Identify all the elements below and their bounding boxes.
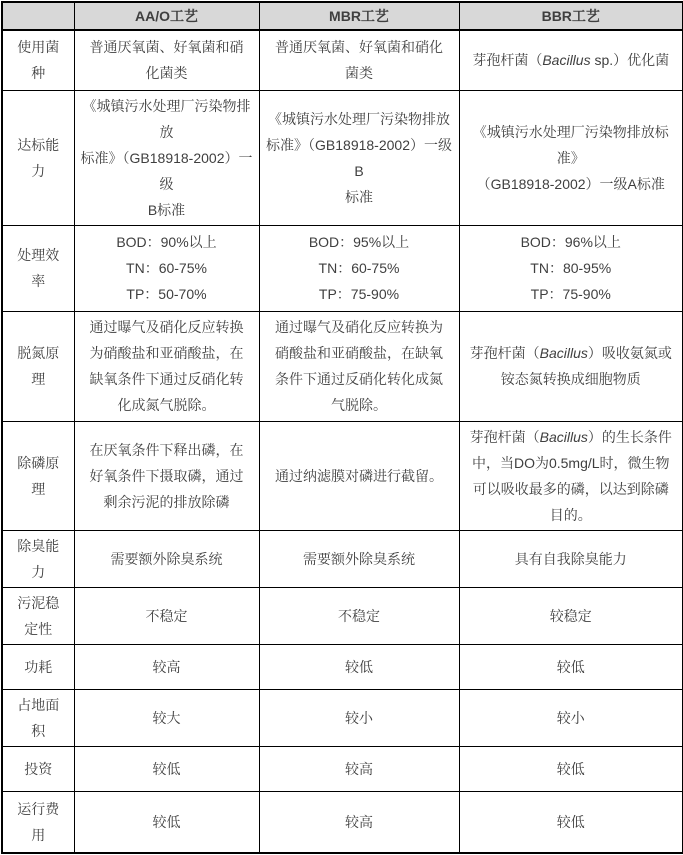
cell-text-line: 硝酸盐和亚硝酸盐，在缺氧 <box>264 340 455 366</box>
cell-text-segment: 处理效 <box>17 247 59 263</box>
cell-text-line: 通过曝气及硝化反应转换为 <box>264 314 455 340</box>
column-header-aao: AA/O工艺 <box>74 2 259 30</box>
body-cell: 芽孢杆菌（Bacillus）吸收氨氮或铵态氮转换成细胞物质 <box>459 311 683 421</box>
body-cell: 较低 <box>459 644 683 689</box>
table-header: AA/O工艺 MBR工艺 BBR工艺 <box>2 2 683 30</box>
body-cell: 不稳定 <box>74 587 259 644</box>
cell-text-segment: 力 <box>31 564 45 580</box>
cell-text-segment: 标准》（GB18918-2002）一级B <box>266 137 452 179</box>
cell-text-segment: 较低 <box>153 761 181 777</box>
cell-text-line: 《城镇污水处理厂污染物排放标准》 <box>464 119 679 171</box>
cell-text-segment: 较低 <box>557 659 585 675</box>
cell-text-line: 较高 <box>264 809 455 835</box>
cell-text-line: 种 <box>7 60 70 86</box>
row-label-cell: 功耗 <box>2 644 74 689</box>
row-label-cell: 使用菌种 <box>2 30 74 90</box>
cell-text-line: 菌类 <box>264 60 455 86</box>
cell-text-segment: 较高 <box>153 659 181 675</box>
body-cell: 通过纳滤膜对磷进行截留。 <box>259 421 459 530</box>
body-cell: 普通厌氧菌、好氧菌和硝化菌类 <box>259 30 459 90</box>
table-row: 运行费用较低较高较低 <box>2 791 683 853</box>
table-row: 脱氮原理通过曝气及硝化反应转换为硝酸盐和亚硝酸盐，在缺氧条件下通过反硝化转化成氮… <box>2 311 683 421</box>
cell-text-segment: 除磷原 <box>17 455 59 471</box>
body-cell: 需要额外除臭系统 <box>259 530 459 587</box>
cell-text-segment: 力 <box>31 163 45 179</box>
cell-text-line: 《城镇污水处理厂污染物排放 <box>79 93 255 145</box>
cell-text-line: BOD：96%以上 <box>464 229 679 255</box>
body-cell: BOD：90%以上TN：60-75%TP：50-70% <box>74 225 259 311</box>
cell-text-segment: 普通厌氧菌、好氧菌和硝 <box>90 39 244 55</box>
cell-text-segment: 运行费 <box>17 801 59 817</box>
table-row: 使用菌种普通厌氧菌、好氧菌和硝化菌类普通厌氧菌、好氧菌和硝化菌类芽孢杆菌（Bac… <box>2 30 683 90</box>
cell-text-line: 标准》（GB18918-2002）一级B <box>264 132 455 184</box>
row-label-cell: 运行费用 <box>2 791 74 853</box>
cell-text-segment: 好氧条件下摄取磷，通过 <box>90 468 244 484</box>
cell-text-line: 通过纳滤膜对磷进行截留。 <box>264 463 455 489</box>
cell-text-line: TN：60-75% <box>79 255 255 281</box>
cell-text-segment: TP：75-90% <box>531 286 611 302</box>
cell-text-line: 较高 <box>264 756 455 782</box>
cell-text-line: 缺氧条件下通过反硝化转 <box>79 366 255 392</box>
cell-text-segment: 不稳定 <box>338 608 380 624</box>
cell-text-segment: 气脱除。 <box>331 397 387 413</box>
cell-text-line: 铵态氮转换成细胞物质 <box>464 366 679 392</box>
body-cell: 《城镇污水处理厂污染物排放标准》（GB18918-2002）一级B标准 <box>74 90 259 225</box>
body-cell: BOD：95%以上TN：60-75%TP：75-90% <box>259 225 459 311</box>
cell-text-segment: 目的。 <box>550 507 592 523</box>
cell-text-line: 需要额外除臭系统 <box>79 546 255 572</box>
cell-text-segment: 较低 <box>153 814 181 830</box>
cell-text-segment: 污泥稳 <box>17 595 59 611</box>
corner-header-cell <box>2 2 74 30</box>
cell-text-segment: 化成氮气脱除。 <box>118 397 216 413</box>
cell-text-line: 普通厌氧菌、好氧菌和硝化 <box>264 34 455 60</box>
row-label-cell: 除磷原理 <box>2 421 74 530</box>
cell-text-line: 芽孢杆菌（Bacillus sp.）优化菌 <box>464 47 679 73</box>
body-cell: 芽孢杆菌（Bacillus sp.）优化菌 <box>459 30 683 90</box>
cell-text-line: 不稳定 <box>264 603 455 629</box>
cell-text-line: B标准 <box>79 197 255 223</box>
cell-text-line: 标准 <box>264 184 455 210</box>
cell-text-segment: 条件下通过反硝化转化成氮 <box>275 371 443 387</box>
body-cell: 通过曝气及硝化反应转换为硝酸盐和亚硝酸盐，在缺氧条件下通过反硝化转化成氮气脱除。 <box>74 311 259 421</box>
cell-text-segment: 较低 <box>345 659 373 675</box>
cell-text-segment: 普通厌氧菌、好氧菌和硝化 <box>275 39 443 55</box>
cell-text-line: 力 <box>7 559 70 585</box>
cell-text-segment: 定性 <box>24 621 52 637</box>
body-cell: 较低 <box>459 746 683 791</box>
cell-text-segment: 较低 <box>557 814 585 830</box>
body-cell: 较高 <box>74 644 259 689</box>
cell-text-line: 除磷原 <box>7 450 70 476</box>
cell-text-segment: 通过曝气及硝化反应转换 <box>90 319 244 335</box>
cell-text-line: 使用菌 <box>7 34 70 60</box>
cell-text-line: 投资 <box>7 756 70 782</box>
body-cell: 《城镇污水处理厂污染物排放标准》（GB18918-2002）一级A标准 <box>459 90 683 225</box>
cell-text-line: 脱氮原 <box>7 340 70 366</box>
cell-text-segment: 较低 <box>557 761 585 777</box>
cell-text-segment: 标准 <box>345 189 373 205</box>
cell-text-segment: BOD：90%以上 <box>116 234 216 250</box>
column-header-bbr: BBR工艺 <box>459 2 683 30</box>
cell-text-segment: BOD：96%以上 <box>521 234 621 250</box>
cell-text-segment: 为硝酸盐和亚硝酸盐，在 <box>90 345 244 361</box>
cell-text-segment: 理 <box>31 481 45 497</box>
cell-text-line: 芽孢杆菌（Bacillus）吸收氨氮或 <box>464 340 679 366</box>
cell-text-segment: 理 <box>31 371 45 387</box>
cell-text-line: 较低 <box>79 756 255 782</box>
cell-text-line: 《城镇污水处理厂污染物排放 <box>264 106 455 132</box>
body-cell: 较高 <box>259 746 459 791</box>
cell-text-segment: ）的生长条件 <box>588 429 672 445</box>
table-row: 处理效率BOD：90%以上TN：60-75%TP：50-70%BOD：95%以上… <box>2 225 683 311</box>
cell-text-segment: 铵态氮转换成细胞物质 <box>501 371 641 387</box>
header-row: AA/O工艺 MBR工艺 BBR工艺 <box>2 2 683 30</box>
cell-text-segment: 芽孢杆菌（ <box>470 345 540 361</box>
row-label-cell: 达标能力 <box>2 90 74 225</box>
body-cell: 较低 <box>259 644 459 689</box>
cell-text-line: 达标能 <box>7 132 70 158</box>
cell-text-segment: 通过曝气及硝化反应转换为 <box>275 319 443 335</box>
cell-text-segment: TN：80-95% <box>530 260 611 276</box>
cell-text-line: 用 <box>7 822 70 848</box>
cell-text-line: 不稳定 <box>79 603 255 629</box>
cell-text-segment: 在厌氧条件下释出磷，在 <box>90 442 244 458</box>
cell-text-segment: 率 <box>31 273 45 289</box>
cell-text-line: 较大 <box>79 705 255 731</box>
cell-text-line: 中，当DO为0.5mg/L时，微生物 <box>464 450 679 476</box>
table-row: 污泥稳定性不稳定不稳定较稳定 <box>2 587 683 644</box>
cell-text-line: BOD：95%以上 <box>264 229 455 255</box>
cell-text-line: 标准》（GB18918-2002）一级 <box>79 145 255 197</box>
body-cell: 较小 <box>259 689 459 746</box>
cell-text-line: 较低 <box>464 654 679 680</box>
cell-text-line: 理 <box>7 476 70 502</box>
body-cell: 较稳定 <box>459 587 683 644</box>
body-cell: 在厌氧条件下释出磷，在好氧条件下摄取磷，通过剩余污泥的排放除磷 <box>74 421 259 530</box>
cell-text-segment: 可以吸收最多的磷，以达到除磷 <box>473 481 669 497</box>
body-cell: 具有自我除臭能力 <box>459 530 683 587</box>
cell-text-segment: 标准》（GB18918-2002）一级 <box>81 150 253 192</box>
cell-text-segment: TN：60-75% <box>126 260 207 276</box>
body-cell: 芽孢杆菌（Bacillus）的生长条件中，当DO为0.5mg/L时，微生物可以吸… <box>459 421 683 530</box>
document-page: AA/O工艺 MBR工艺 BBR工艺 使用菌种普通厌氧菌、好氧菌和硝化菌类普通厌… <box>0 0 683 855</box>
cell-text-line: 较小 <box>264 705 455 731</box>
cell-text-line: 气脱除。 <box>264 392 455 418</box>
body-cell: 普通厌氧菌、好氧菌和硝化菌类 <box>74 30 259 90</box>
body-cell: 较高 <box>259 791 459 853</box>
table-row: 投资较低较高较低 <box>2 746 683 791</box>
row-label-cell: 脱氮原理 <box>2 311 74 421</box>
cell-text-line: 率 <box>7 268 70 294</box>
cell-text-segment: 功耗 <box>24 659 52 675</box>
table-row: 除臭能力需要额外除臭系统需要额外除臭系统具有自我除臭能力 <box>2 530 683 587</box>
cell-text-segment: 缺氧条件下通过反硝化转 <box>90 371 244 387</box>
cell-text-line: 处理效 <box>7 242 70 268</box>
body-cell: BOD：96%以上TN：80-95%TP：75-90% <box>459 225 683 311</box>
cell-text-line: 较小 <box>464 705 679 731</box>
body-cell: 需要额外除臭系统 <box>74 530 259 587</box>
cell-text-line: 条件下通过反硝化转化成氮 <box>264 366 455 392</box>
cell-text-line: TN：60-75% <box>264 255 455 281</box>
cell-text-line: 芽孢杆菌（Bacillus）的生长条件 <box>464 424 679 450</box>
cell-text-line: 较高 <box>79 654 255 680</box>
cell-text-segment: 芽孢杆菌（ <box>472 52 542 68</box>
row-label-cell: 占地面积 <box>2 689 74 746</box>
cell-text-line: 化成氮气脱除。 <box>79 392 255 418</box>
body-cell: 较低 <box>74 791 259 853</box>
italic-species-name: Bacillus <box>542 52 590 68</box>
cell-text-segment: 中，当DO为0.5mg/L时，微生物 <box>472 455 670 471</box>
table-body: 使用菌种普通厌氧菌、好氧菌和硝化菌类普通厌氧菌、好氧菌和硝化菌类芽孢杆菌（Bac… <box>2 30 683 853</box>
cell-text-segment: 除臭能 <box>17 538 59 554</box>
cell-text-line: TN：80-95% <box>464 255 679 281</box>
cell-text-line: 污泥稳 <box>7 590 70 616</box>
cell-text-line: 功耗 <box>7 654 70 680</box>
cell-text-segment: 脱氮原 <box>17 345 59 361</box>
cell-text-line: BOD：90%以上 <box>79 229 255 255</box>
cell-text-segment: 积 <box>31 723 45 739</box>
cell-text-line: 积 <box>7 718 70 744</box>
cell-text-line: 理 <box>7 366 70 392</box>
cell-text-segment: TP：50-70% <box>126 286 206 302</box>
cell-text-line: 可以吸收最多的磷，以达到除磷 <box>464 476 679 502</box>
cell-text-line: TP：50-70% <box>79 281 255 307</box>
cell-text-line: 化菌类 <box>79 60 255 86</box>
column-header-mbr: MBR工艺 <box>259 2 459 30</box>
cell-text-segment: 投资 <box>24 761 52 777</box>
cell-text-line: 除臭能 <box>7 533 70 559</box>
cell-text-line: 具有自我除臭能力 <box>464 546 679 572</box>
cell-text-segment: 占地面 <box>17 697 59 713</box>
body-cell: 通过曝气及硝化反应转换为硝酸盐和亚硝酸盐，在缺氧条件下通过反硝化转化成氮气脱除。 <box>259 311 459 421</box>
cell-text-segment: 使用菌 <box>17 39 59 55</box>
cell-text-segment: TN：60-75% <box>319 260 400 276</box>
cell-text-segment: 《城镇污水处理厂污染物排放标准》 <box>473 124 669 166</box>
body-cell: 较低 <box>74 746 259 791</box>
cell-text-line: 较低 <box>79 809 255 835</box>
cell-text-segment: （GB18918-2002）一级A标准 <box>477 176 665 192</box>
cell-text-segment: 芽孢杆菌（ <box>470 429 540 445</box>
cell-text-segment: 用 <box>31 827 45 843</box>
row-label-cell: 投资 <box>2 746 74 791</box>
cell-text-line: 较稳定 <box>464 603 679 629</box>
cell-text-segment: 《城镇污水处理厂污染物排放 <box>83 98 251 140</box>
cell-text-segment: 较高 <box>345 814 373 830</box>
cell-text-segment: 种 <box>31 65 45 81</box>
cell-text-segment: BOD：95%以上 <box>309 234 409 250</box>
cell-text-segment: 较大 <box>153 710 181 726</box>
cell-text-line: 较低 <box>464 809 679 835</box>
cell-text-segment: 《城镇污水处理厂污染物排放 <box>268 111 450 127</box>
cell-text-segment: 不稳定 <box>146 608 188 624</box>
cell-text-segment: 较小 <box>557 710 585 726</box>
row-label-cell: 处理效率 <box>2 225 74 311</box>
row-label-cell: 除臭能力 <box>2 530 74 587</box>
table-row: 达标能力《城镇污水处理厂污染物排放标准》（GB18918-2002）一级B标准《… <box>2 90 683 225</box>
cell-text-line: 力 <box>7 158 70 184</box>
cell-text-segment: 达标能 <box>17 137 59 153</box>
cell-text-segment: 菌类 <box>345 65 373 81</box>
cell-text-line: 好氧条件下摄取磷，通过 <box>79 463 255 489</box>
cell-text-segment: 化菌类 <box>146 65 188 81</box>
body-cell: 较低 <box>459 791 683 853</box>
cell-text-line: 占地面 <box>7 692 70 718</box>
cell-text-line: 为硝酸盐和亚硝酸盐，在 <box>79 340 255 366</box>
cell-text-line: 在厌氧条件下释出磷，在 <box>79 437 255 463</box>
cell-text-line: 定性 <box>7 616 70 642</box>
cell-text-line: 需要额外除臭系统 <box>264 546 455 572</box>
cell-text-line: 较低 <box>464 756 679 782</box>
cell-text-line: TP：75-90% <box>264 281 455 307</box>
body-cell: 《城镇污水处理厂污染物排放标准》（GB18918-2002）一级B标准 <box>259 90 459 225</box>
italic-species-name: Bacillus <box>540 345 588 361</box>
cell-text-line: TP：75-90% <box>464 281 679 307</box>
cell-text-segment: 硝酸盐和亚硝酸盐，在缺氧 <box>275 345 443 361</box>
cell-text-segment: TP：75-90% <box>319 286 399 302</box>
cell-text-segment: 具有自我除臭能力 <box>515 551 627 567</box>
cell-text-segment: 剩余污泥的排放除磷 <box>104 494 230 510</box>
table-row: 占地面积较大较小较小 <box>2 689 683 746</box>
cell-text-segment: 较小 <box>345 710 373 726</box>
cell-text-line: 运行费 <box>7 796 70 822</box>
cell-text-segment: 通过纳滤膜对磷进行截留。 <box>275 468 443 484</box>
cell-text-line: 剩余污泥的排放除磷 <box>79 489 255 515</box>
table-row: 除磷原理在厌氧条件下释出磷，在好氧条件下摄取磷，通过剩余污泥的排放除磷通过纳滤膜… <box>2 421 683 530</box>
cell-text-segment: ）吸收氨氮或 <box>588 345 672 361</box>
cell-text-line: （GB18918-2002）一级A标准 <box>464 171 679 197</box>
cell-text-segment: 需要额外除臭系统 <box>303 551 415 567</box>
process-comparison-table: AA/O工艺 MBR工艺 BBR工艺 使用菌种普通厌氧菌、好氧菌和硝化菌类普通厌… <box>1 1 683 854</box>
cell-text-line: 普通厌氧菌、好氧菌和硝 <box>79 34 255 60</box>
row-label-cell: 污泥稳定性 <box>2 587 74 644</box>
body-cell: 较大 <box>74 689 259 746</box>
body-cell: 不稳定 <box>259 587 459 644</box>
cell-text-segment: sp.）优化菌 <box>591 52 670 68</box>
italic-species-name: Bacillus <box>540 429 588 445</box>
cell-text-line: 较低 <box>264 654 455 680</box>
body-cell: 较小 <box>459 689 683 746</box>
cell-text-segment: 较稳定 <box>550 608 592 624</box>
cell-text-segment: B标准 <box>148 202 185 218</box>
cell-text-line: 目的。 <box>464 502 679 528</box>
table-row: 功耗较高较低较低 <box>2 644 683 689</box>
cell-text-line: 通过曝气及硝化反应转换 <box>79 314 255 340</box>
cell-text-segment: 需要额外除臭系统 <box>111 551 223 567</box>
cell-text-segment: 较高 <box>345 761 373 777</box>
